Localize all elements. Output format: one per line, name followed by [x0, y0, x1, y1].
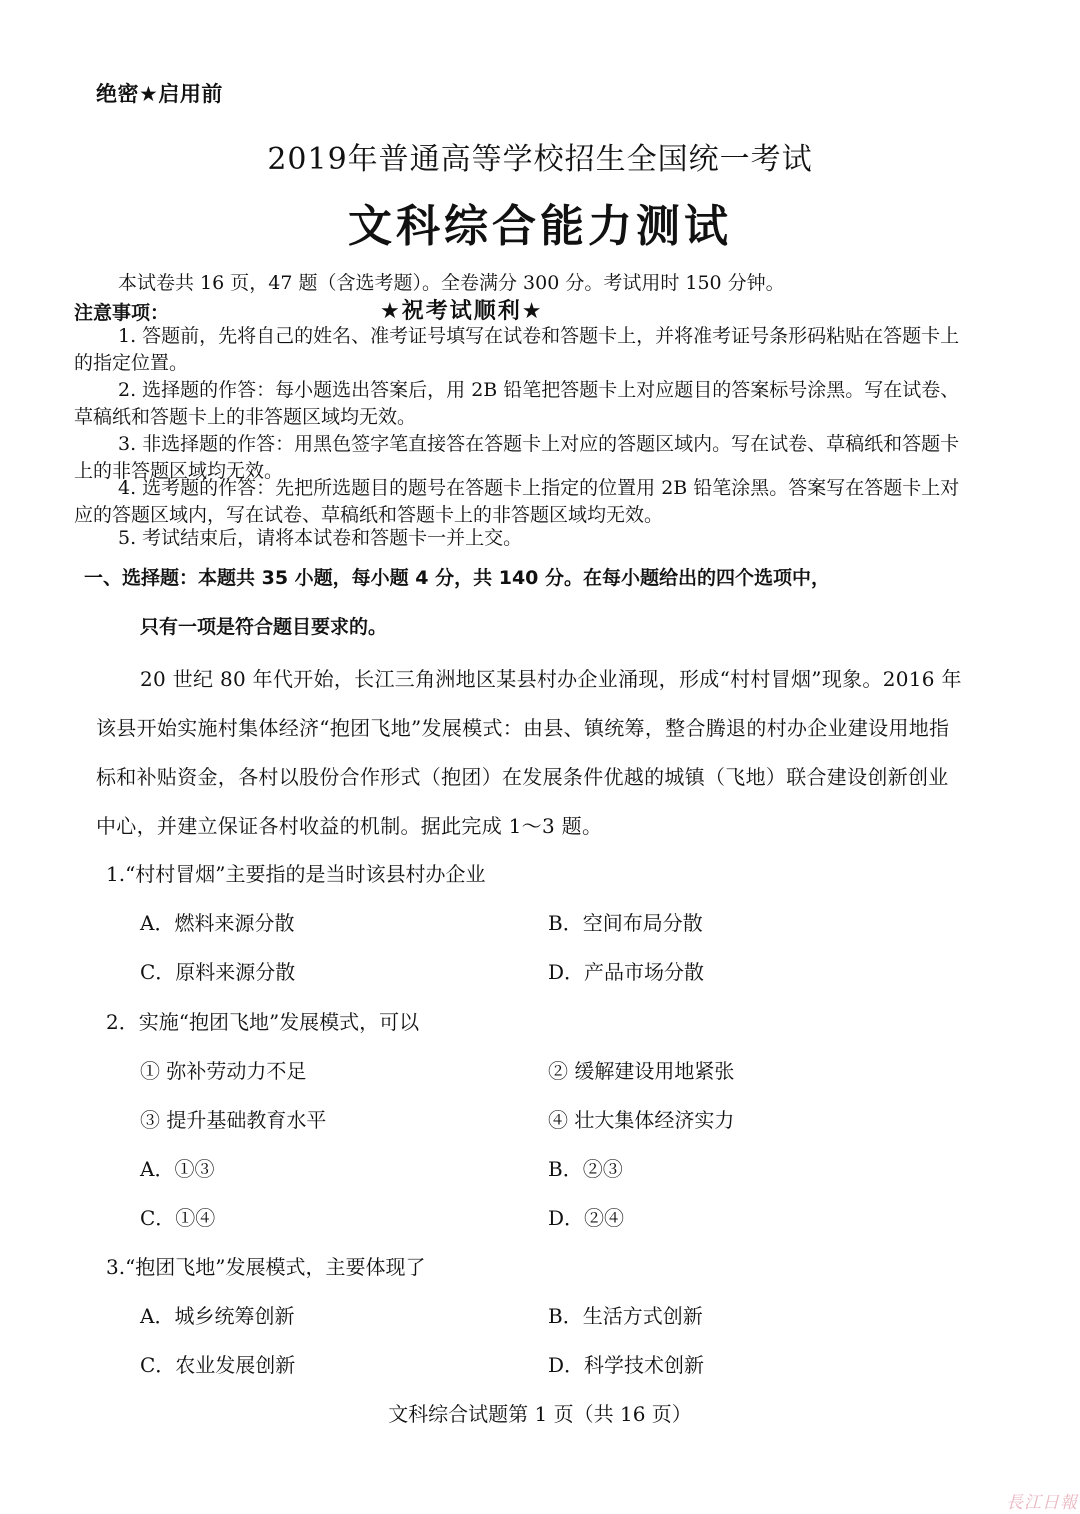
section-heading: 一、选择题：本题共 35 小题，每小题 4 分，共 140 分。在每小题给出的四… — [84, 563, 830, 590]
question-1-stem: 1.“村村冒烟”主要指的是当时该县村办企业 — [106, 858, 486, 887]
question-3-option-a: A．城乡统筹创新 — [140, 1300, 294, 1329]
question-2-stem: 2．实施“抱团飞地”发展模式，可以 — [106, 1006, 419, 1035]
question-1-option-b: B．空间布局分散 — [548, 907, 703, 936]
question-1-option-d: D．产品市场分散 — [548, 956, 704, 985]
question-2-statement-1: ① 弥补劳动力不足 — [140, 1055, 306, 1084]
question-2-option-d: D．②④ — [548, 1202, 624, 1231]
notes-label: 注意事项： — [74, 298, 169, 325]
question-3-option-b: B．生活方式创新 — [548, 1300, 703, 1329]
reading-passage: 20 世纪 80 年代开始，长江三角洲地区某县村办企业涌现，形成“村村冒烟”现象… — [96, 655, 966, 851]
question-2-statement-4: ④ 壮大集体经济实力 — [548, 1104, 734, 1133]
question-2-statement-3: ③ 提升基础教育水平 — [140, 1104, 326, 1133]
confidential-label: 绝密★启用前 — [96, 78, 223, 108]
note-item: 5. 考试结束后，请将本试卷和答题卡一并上交。 — [74, 525, 964, 552]
newspaper-watermark: 長江日報 — [1006, 1488, 1078, 1513]
question-2-option-a: A．①③ — [140, 1153, 214, 1182]
question-3-option-c: C．农业发展创新 — [140, 1349, 295, 1378]
note-item: 1. 答题前，先将自己的姓名、准考证号填写在试卷和答题卡上，并将准考证号条形码粘… — [74, 323, 964, 377]
exam-subtitle: 文科综合能力测试 — [0, 190, 1080, 254]
exam-intro: 本试卷共 16 页，47 题（含选考题）。全卷满分 300 分。考试用时 150… — [118, 268, 785, 295]
question-2-option-b: B．②③ — [548, 1153, 623, 1182]
exam-title: 2019年普通高等学校招生全国统一考试 — [0, 134, 1080, 178]
question-2-statement-2: ② 缓解建设用地紧张 — [548, 1055, 734, 1084]
question-3-option-d: D．科学技术创新 — [548, 1349, 704, 1378]
good-luck-banner: ★祝考试顺利★ — [380, 294, 543, 325]
question-2-option-c: C．①④ — [140, 1202, 215, 1231]
note-item: 4. 选考题的作答：先把所选题目的题号在答题卡上指定的位置用 2B 铅笔涂黑。答… — [74, 475, 964, 529]
section-heading-cont: 只有一项是符合题目要求的。 — [140, 612, 387, 639]
note-item: 2. 选择题的作答：每小题选出答案后，用 2B 铅笔把答题卡上对应题目的答案标号… — [74, 377, 964, 431]
page-footer: 文科综合试题第 1 页（共 16 页） — [0, 1398, 1080, 1427]
question-1-option-c: C．原料来源分散 — [140, 956, 295, 985]
question-1-option-a: A．燃料来源分散 — [140, 907, 294, 936]
question-3-stem: 3.“抱团飞地”发展模式，主要体现了 — [106, 1251, 426, 1280]
